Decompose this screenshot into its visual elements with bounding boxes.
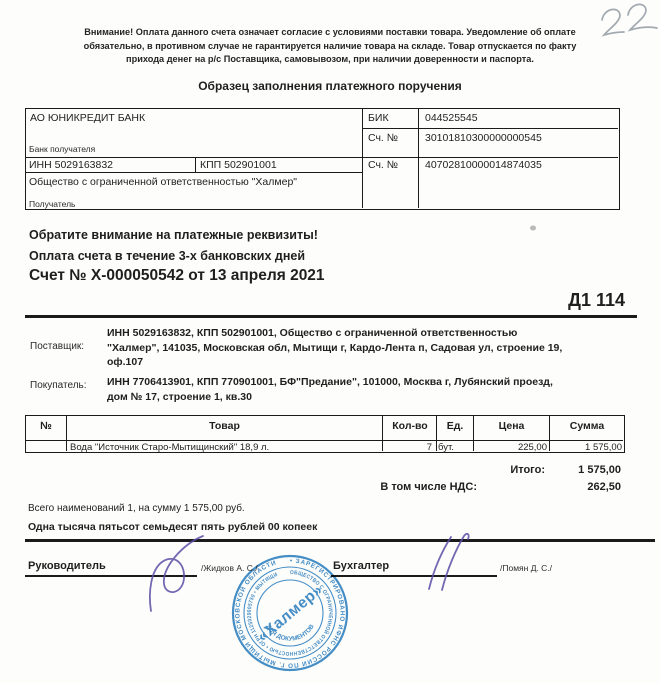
col-header-item: Товар	[67, 420, 382, 432]
total-value: 1 575,00	[578, 464, 621, 476]
col-header-price: Цена	[474, 420, 549, 432]
items-count-line: Всего наименований 1, на сумму 1 575,00 …	[28, 503, 245, 514]
buyer-label: Покупатель:	[30, 380, 87, 391]
bik-value: 044525545	[425, 112, 478, 124]
director-label: Руководитель	[28, 560, 106, 572]
bank-table-hline-mid	[26, 157, 618, 158]
vat-value: 262,50	[587, 481, 621, 493]
account-value: 40702810000014874035	[425, 159, 542, 171]
recipient-inn: ИНН 5029163832	[29, 159, 113, 171]
signature-section-divider	[25, 539, 655, 542]
company-stamp: • ЗАРЕГИСТРИРОВАНО ИФНС РОССИИ ПО Г. МЫТ…	[224, 547, 356, 679]
account-label: Сч. №	[368, 159, 398, 171]
item-row-name: Вода "Источник Старо-Мытищинский" 18,9 л…	[70, 442, 269, 453]
supplier-line2: "Халмер", 141035, Московская обл, Мытищи…	[107, 342, 562, 354]
scanned-invoice-page: Внимание! Оплата данного счета означает …	[0, 0, 660, 683]
bank-table-hline-bik	[362, 128, 618, 129]
recipient-label: Получатель	[29, 199, 75, 209]
col-header-qty: Кол-во	[383, 420, 437, 432]
supplier-label: Поставщик:	[30, 341, 84, 352]
payment-order-sample-heading: Образец заполнения платежного поручения	[0, 79, 660, 93]
bank-table-vline-1	[362, 109, 363, 208]
corr-account-value: 30101810300000000545	[425, 132, 542, 144]
accountant-signature-ink	[429, 534, 469, 590]
bank-table-vline-2	[418, 109, 419, 208]
warning-note-line3: прихода денег на р/с Поставщика, самовыв…	[0, 54, 660, 64]
ink-smudge	[530, 226, 536, 231]
bank-name: АО ЮНИКРЕДИТ БАНК	[30, 112, 145, 124]
item-row-qty: 7	[427, 442, 432, 453]
requisites-notice: Обратите внимание на платежные реквизиты…	[29, 228, 318, 242]
corr-account-label: Сч. №	[368, 132, 398, 144]
amount-in-words: Одна тысяча пятьсот семьдесят пять рубле…	[28, 521, 317, 533]
director-signature-ink	[150, 536, 203, 611]
col-header-unit: Ед.	[436, 420, 474, 432]
warning-note-line2: обязательно, в противном случае не гаран…	[0, 41, 660, 51]
recipient-company-name: Общество с ограниченной ответственностью…	[29, 176, 297, 188]
bank-name-label: Банк получателя	[29, 144, 95, 154]
buyer-line1: ИНН 7706413901, КПП 770901001, БФ"Предан…	[107, 376, 553, 388]
item-row-price: 225,00	[518, 442, 547, 453]
bank-table-hline-innkpp	[26, 172, 362, 173]
warning-note-line1: Внимание! Оплата данного счета означает …	[0, 27, 660, 37]
director-signature-line	[25, 575, 197, 577]
col-header-num: №	[27, 420, 65, 432]
accountant-name: /Помян Д. С./	[500, 563, 552, 573]
doc-code: Д1 114	[568, 290, 625, 311]
item-row-sum: 1 575,00	[585, 442, 622, 453]
divider-under-doc-code	[25, 315, 637, 318]
bank-table-vline-kpp	[195, 157, 196, 172]
supplier-line1: ИНН 5029163832, КПП 502901001, Общество …	[107, 327, 517, 339]
item-row-unit: бут.	[438, 442, 454, 453]
col-header-sum: Сумма	[550, 420, 624, 432]
total-label: Итого:	[510, 464, 545, 476]
bik-label: БИК	[368, 112, 389, 124]
buyer-line2: дом № 17, строение 1, кв.30	[107, 391, 252, 403]
recipient-kpp: КПП 502901001	[200, 159, 277, 171]
payment-terms-notice: Оплата счета в течение 3-х банковских дн…	[29, 249, 305, 263]
supplier-line3: оф.107	[107, 356, 143, 368]
invoice-title: Счет № Х-000050542 от 13 апреля 2021	[29, 267, 325, 285]
vat-label: В том числе НДС:	[380, 481, 477, 493]
